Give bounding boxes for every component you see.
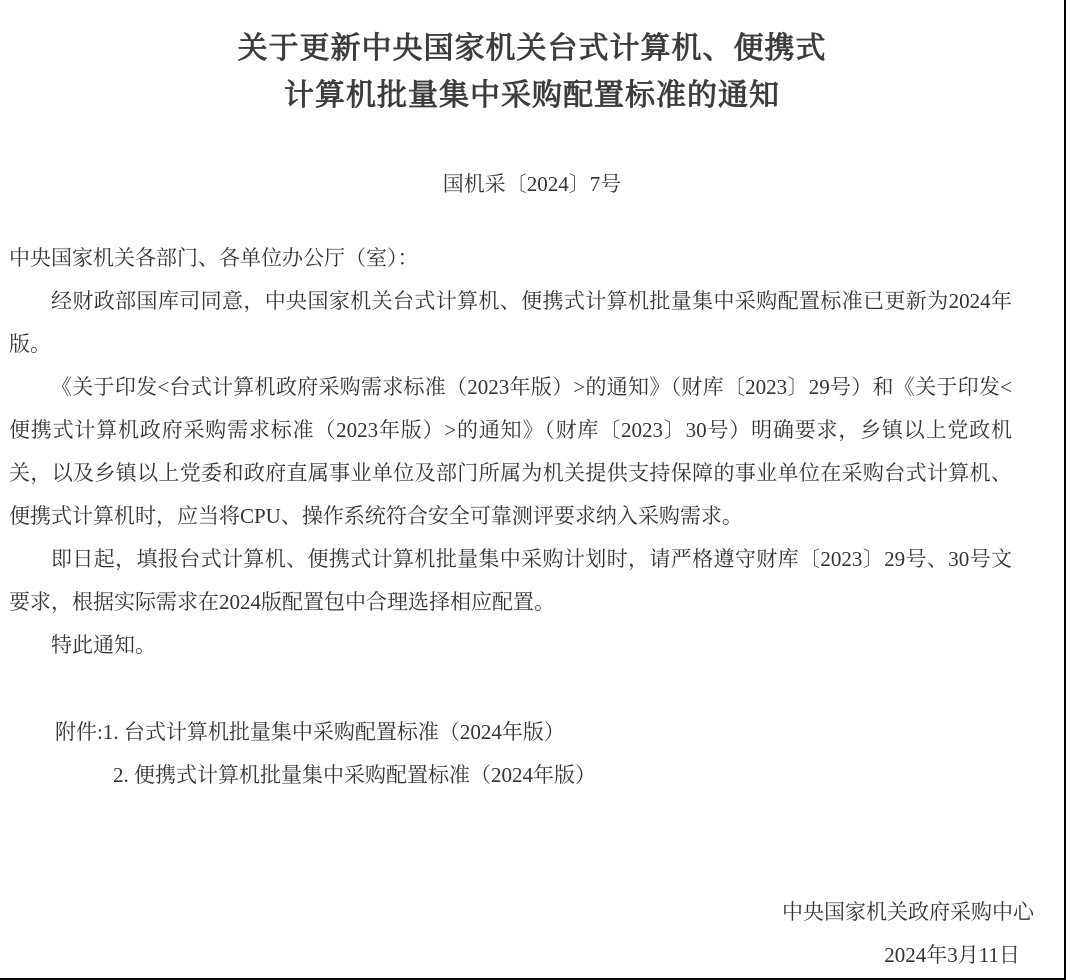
salutation: 中央国家机关各部门、各单位办公厅（室）：	[9, 237, 1012, 280]
attachments: 附件:1. 台式计算机批量集中采购配置标准（2024年版） 2. 便携式计算机批…	[0, 711, 1064, 797]
signature-date: 2024年3月11日	[0, 934, 1020, 977]
signature-org: 中央国家机关政府采购中心	[0, 891, 1034, 934]
paragraph: 《关于印发<台式计算机政府采购需求标准（2023年版）>的通知》（财库〔2023…	[9, 366, 1012, 538]
document-title-line-1: 关于更新中央国家机关台式计算机、便携式	[0, 25, 1064, 72]
document-title: 关于更新中央国家机关台式计算机、便携式 计算机批量集中采购配置标准的通知	[0, 0, 1064, 119]
document-body: 中央国家机关各部门、各单位办公厅（室）： 经财政部国库司同意，中央国家机关台式计…	[0, 237, 1064, 667]
signature-block: 中央国家机关政府采购中心 2024年3月11日	[0, 891, 1064, 977]
document-number: 国机采〔2024〕7号	[0, 171, 1064, 197]
notice-document-page: 关于更新中央国家机关台式计算机、便携式 计算机批量集中采购配置标准的通知 国机采…	[0, 0, 1066, 980]
paragraph: 即日起，填报台式计算机、便携式计算机批量集中采购计划时，请严格遵守财库〔2023…	[9, 538, 1012, 624]
attachment-item: 1. 台式计算机批量集中采购配置标准（2024年版）	[103, 720, 565, 744]
attachments-label: 附件:	[55, 720, 103, 744]
attachment-line: 附件:1. 台式计算机批量集中采购配置标准（2024年版）	[55, 711, 1064, 754]
paragraph: 经财政部国库司同意，中央国家机关台式计算机、便携式计算机批量集中采购配置标准已更…	[9, 280, 1012, 366]
paragraph: 特此通知。	[9, 624, 1012, 667]
attachment-item: 2. 便携式计算机批量集中采购配置标准（2024年版）	[55, 754, 1064, 797]
document-title-line-2: 计算机批量集中采购配置标准的通知	[0, 72, 1064, 119]
